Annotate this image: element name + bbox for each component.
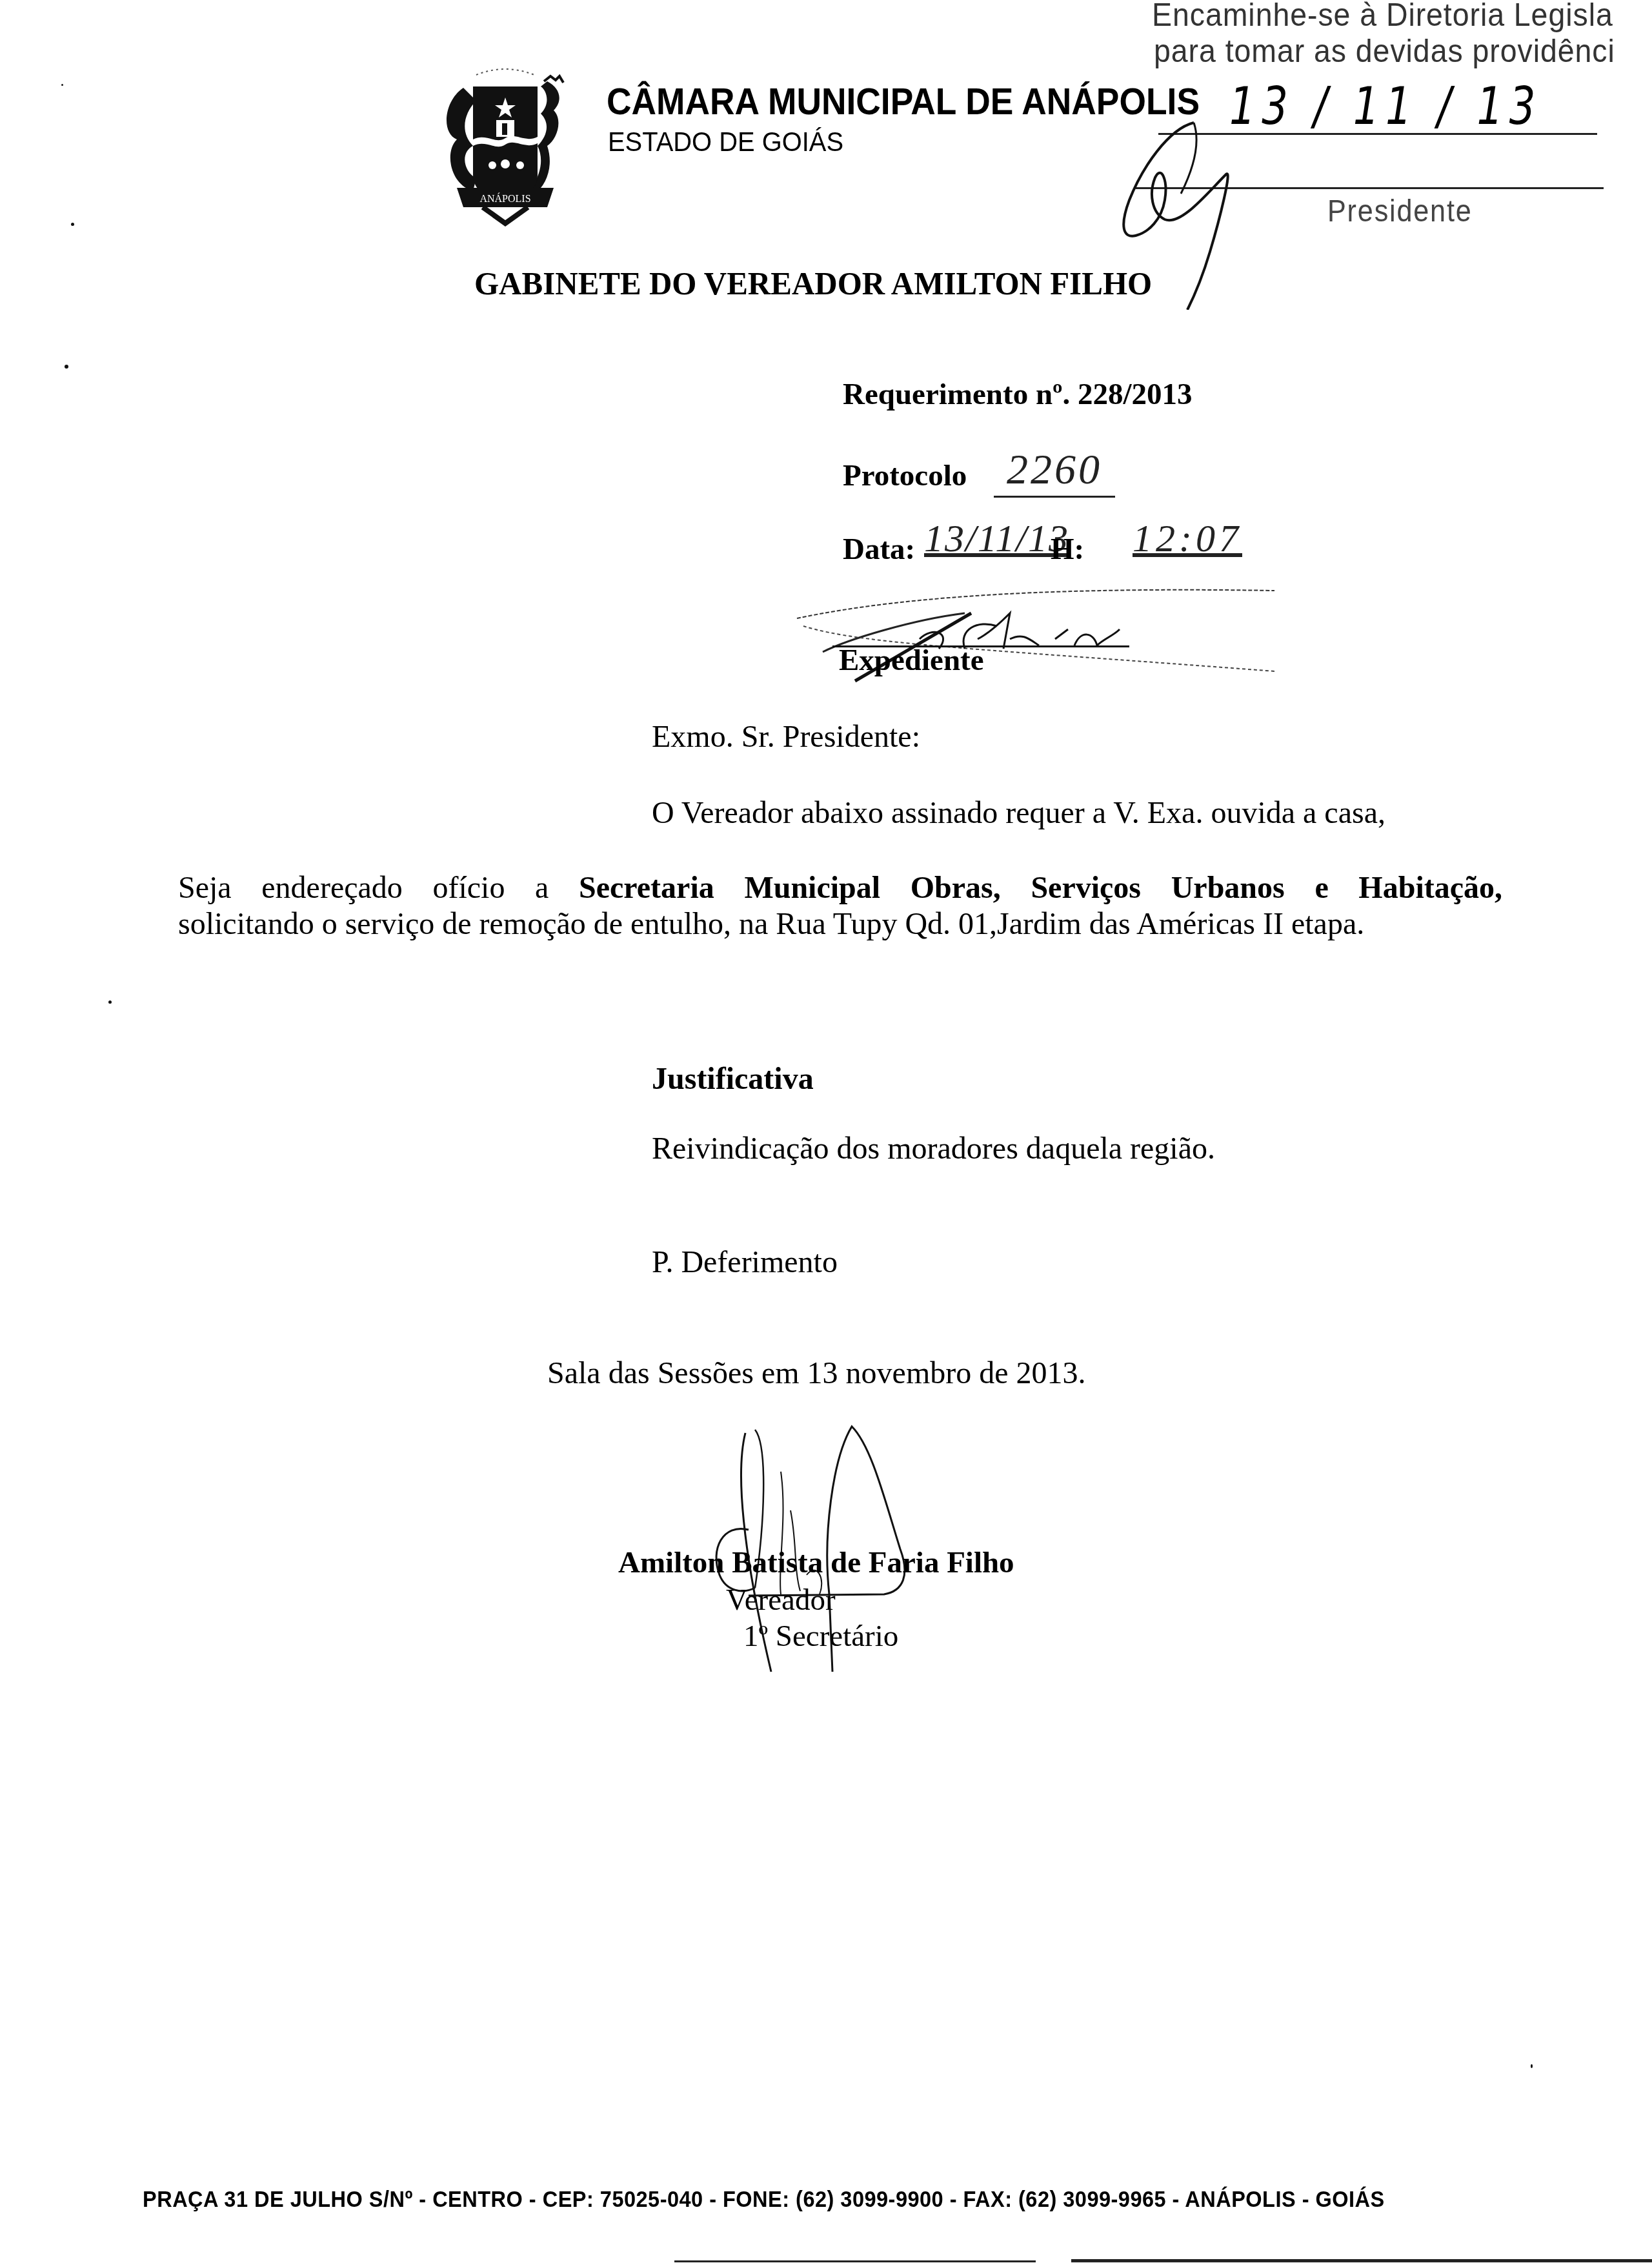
request-number: Requerimento nº. 228/2013 (843, 377, 1193, 412)
signer-title: Vereador (726, 1583, 836, 1618)
session-date-line: Sala das Sessões em 13 novembro de 2013. (547, 1355, 1086, 1391)
justification-heading: Justificativa (652, 1061, 814, 1097)
request-recipient: Secretaria Municipal Obras, Serviços Urb… (579, 871, 1502, 905)
signer-name: Amilton Batista de Faria Filho (618, 1545, 1014, 1580)
hour-value-handwritten: 12:07 (1133, 516, 1242, 561)
request-rest: solicitando o serviço de remoção de entu… (178, 907, 1364, 941)
dispatch-stamp-role: Presidente (1327, 194, 1473, 229)
dispatch-stamp-line1: Encaminhe-se à Diretoria Legisla (1152, 0, 1613, 34)
protocol-label: Protocolo (843, 458, 967, 493)
request-prefix: Seja endereçado ofício a (178, 871, 579, 905)
footer-rule (674, 2260, 1036, 2262)
footer-rule (1071, 2259, 1652, 2262)
scan-speck (61, 84, 63, 86)
protocol-value-handwritten: 2260 (994, 444, 1115, 498)
dispatch-stamp-line2: para tomar as devidas providênci (1154, 32, 1615, 70)
scan-speck (108, 1000, 112, 1004)
date-label: Data: (843, 532, 915, 567)
svg-text:ANÁPOLIS: ANÁPOLIS (479, 192, 530, 205)
organization-state: ESTADO DE GOIÁS (608, 127, 843, 157)
date-value-handwritten: 13/11/13 (924, 516, 1069, 561)
expedient-label: Expediente (839, 643, 984, 678)
scan-speck (71, 223, 74, 226)
municipal-coat-of-arms-icon: ANÁPOLIS (438, 62, 573, 230)
scan-speck (65, 365, 68, 369)
signer-role: 1º Secretário (743, 1619, 898, 1654)
expedient-signature-icon (784, 568, 1281, 697)
scan-speck (1531, 2064, 1533, 2068)
footer-address: PRAÇA 31 DE JULHO S/Nº - CENTRO - CEP: 7… (143, 2187, 1385, 2213)
closing-text: P. Deferimento (652, 1244, 838, 1280)
request-paragraph: Seja endereçado ofício a Secretaria Muni… (178, 870, 1502, 942)
cabinet-heading: GABINETE DO VEREADOR AMILTON FILHO (474, 265, 1152, 302)
salutation: Exmo. Sr. Presidente: (652, 719, 920, 755)
hour-label: H: (1051, 532, 1084, 567)
intro-paragraph: O Vereador abaixo assinado requer a V. E… (652, 795, 1385, 831)
request-line1: Seja endereçado ofício a Secretaria Muni… (178, 870, 1502, 906)
justification-text: Reivindicação dos moradores daquela regi… (652, 1131, 1215, 1166)
